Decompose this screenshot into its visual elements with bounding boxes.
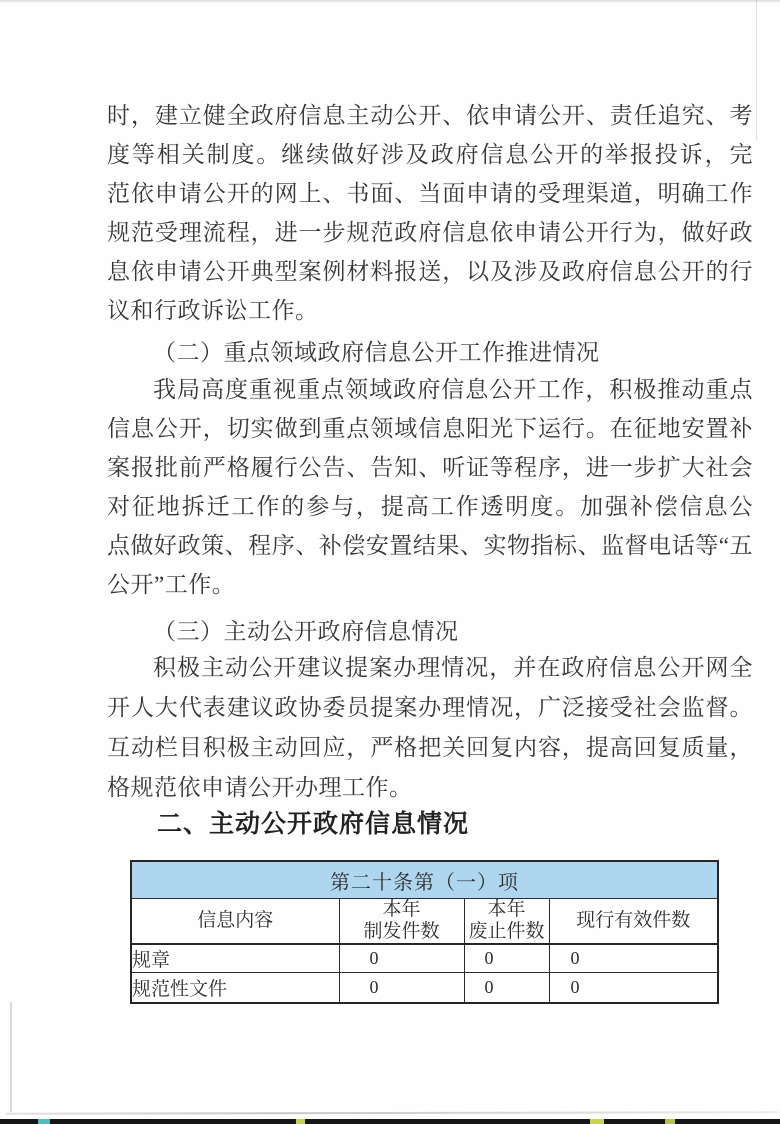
table-title-row: 第二十条第（一）项 bbox=[131, 861, 718, 899]
text-line: 议和行政诉讼工作。 bbox=[107, 291, 753, 330]
main-heading: 二、主动公开政府信息情况 bbox=[107, 804, 753, 844]
text-line: 息依申请公开典型案例材料报送，以及涉及政府信息公开的行政复 bbox=[107, 252, 753, 291]
section-heading-2: （二）重点领域政府信息公开工作推进情况 bbox=[107, 333, 753, 372]
scan-left-edge bbox=[10, 1002, 12, 1112]
text-line: 对征地拆迁工作的参与，提高工作透明度。加强补偿信息公开，重 bbox=[107, 487, 753, 526]
scan-speck bbox=[665, 1119, 675, 1124]
cell-value: 0 bbox=[339, 972, 464, 1003]
column-header-repealed: 本年 废止件数 bbox=[464, 899, 549, 944]
text-line: 我局高度重视重点领域政府信息公开工作，积极推动重点领域 bbox=[107, 370, 753, 409]
text-line: 积极主动公开建议提案办理情况，并在政府信息公开网全文公 bbox=[107, 648, 753, 688]
text-line: 案报批前严格履行公告、告知、听证等程序，进一步扩大社会公众 bbox=[107, 448, 753, 487]
disclosure-statistics-table: 第二十条第（一）项 信息内容 本年 制发件数 本年 废止件数 现行有效件数 规章… bbox=[130, 860, 719, 1004]
scan-speck bbox=[590, 1119, 604, 1124]
text-line: 度等相关制度。继续做好涉及政府信息公开的举报投诉，完善、规 bbox=[107, 135, 753, 174]
header-line: 本年 bbox=[465, 899, 549, 921]
table-header-row: 信息内容 本年 制发件数 本年 废止件数 现行有效件数 bbox=[131, 899, 718, 944]
cell-value: 0 bbox=[339, 944, 464, 973]
text-line: 范依申请公开的网上、书面、当面申请的受理渠道，明确工作人员， bbox=[107, 174, 753, 213]
text-line: 规范受理流程，进一步规范政府信息依申请公开行为，做好政府信 bbox=[107, 213, 753, 252]
table-row: 规范性文件 0 0 0 bbox=[131, 972, 718, 1003]
cell-value: 0 bbox=[549, 944, 718, 973]
document-page: 时，建立健全政府信息主动公开、依申请公开、责任追究、考核制 度等相关制度。继续做… bbox=[0, 0, 780, 1124]
text-line: 时，建立健全政府信息主动公开、依申请公开、责任追究、考核制 bbox=[107, 96, 753, 135]
scan-bottom-edge-line bbox=[6, 1111, 778, 1115]
section-heading-3: （三）主动公开政府信息情况 bbox=[107, 612, 753, 651]
table-title: 第二十条第（一）项 bbox=[131, 861, 718, 899]
paragraph-2: 我局高度重视重点领域政府信息公开工作，积极推动重点领域 信息公开，切实做到重点领… bbox=[107, 370, 753, 604]
header-line: 废止件数 bbox=[465, 921, 549, 943]
text-line: 信息公开，切实做到重点领域信息阳光下运行。在征地安置补偿方 bbox=[107, 409, 753, 448]
scan-top-edge bbox=[0, 0, 780, 4]
paragraph-3: 积极主动公开建议提案办理情况，并在政府信息公开网全文公 开人大代表建议政协委员提… bbox=[107, 648, 753, 808]
column-header-content: 信息内容 bbox=[131, 899, 339, 944]
cell-value: 0 bbox=[549, 972, 718, 1003]
header-line: 本年 bbox=[340, 899, 464, 921]
column-header-effective: 现行有效件数 bbox=[549, 899, 718, 944]
scan-speck bbox=[38, 1119, 50, 1124]
scan-bottom-strip bbox=[0, 1119, 780, 1124]
row-label: 规范性文件 bbox=[131, 972, 339, 1003]
table-row: 规章 0 0 0 bbox=[131, 944, 718, 973]
paragraph-1: 时，建立健全政府信息主动公开、依申请公开、责任追究、考核制 度等相关制度。继续做… bbox=[107, 96, 753, 330]
text-line: 互动栏目积极主动回应，严格把关回复内容，提高回复质量，并严 bbox=[107, 728, 753, 768]
text-line: 公开”工作。 bbox=[107, 565, 753, 604]
text-line: 开人大代表建议政协委员提案办理情况，广泛接受社会监督。网站 bbox=[107, 688, 753, 728]
text-line: 格规范依申请公开办理工作。 bbox=[107, 768, 753, 808]
scan-speck bbox=[296, 1119, 305, 1124]
scan-right-edge bbox=[756, 0, 757, 140]
cell-value: 0 bbox=[464, 944, 549, 973]
row-label: 规章 bbox=[131, 944, 339, 973]
header-line: 制发件数 bbox=[340, 921, 464, 943]
cell-value: 0 bbox=[464, 972, 549, 1003]
column-header-issued: 本年 制发件数 bbox=[339, 899, 464, 944]
text-line: 点做好政策、程序、补偿安置结果、实物指标、监督电话等“五个 bbox=[107, 526, 753, 565]
